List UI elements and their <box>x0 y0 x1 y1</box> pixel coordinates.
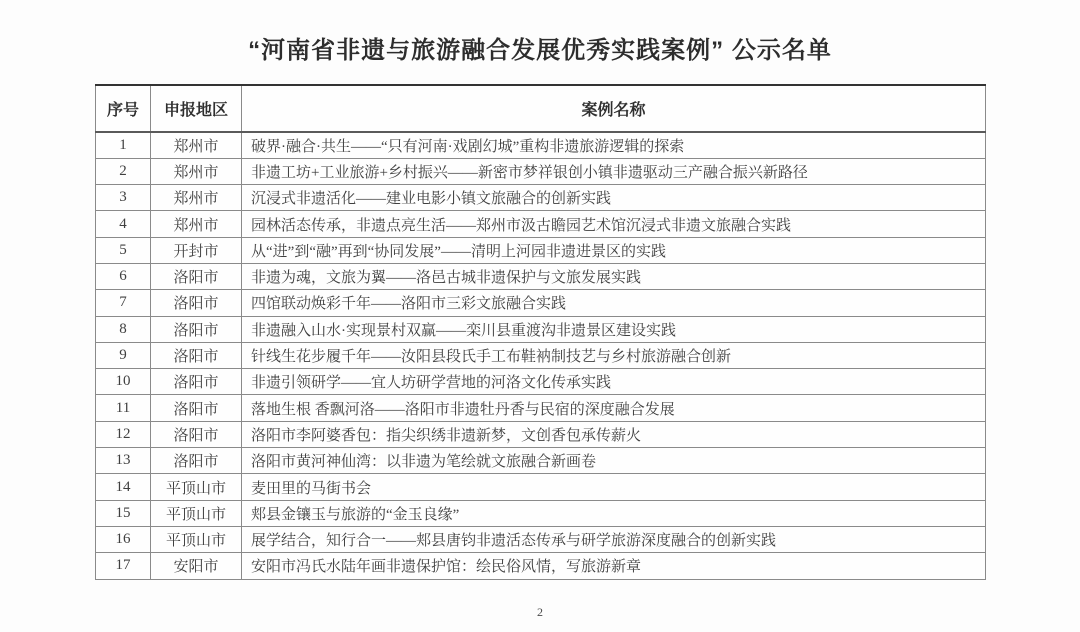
region: 郑州市 <box>151 132 242 158</box>
region: 安阳市 <box>151 553 242 579</box>
region: 郑州市 <box>151 158 242 184</box>
region: 平顶山市 <box>151 474 242 500</box>
region: 洛阳市 <box>151 448 242 474</box>
case-name: 安阳市冯氏水陆年画非遗保护馆：绘民俗风情，写旅游新章 <box>242 553 986 579</box>
serial-number: 3 <box>96 185 151 211</box>
table-header-row: 序号 申报地区 案例名称 <box>96 85 986 132</box>
case-name: 洛阳市黄河神仙湾：以非遗为笔绘就文旅融合新画卷 <box>242 448 986 474</box>
serial-number: 8 <box>96 316 151 342</box>
serial-number: 6 <box>96 263 151 289</box>
serial-number: 17 <box>96 553 151 579</box>
serial-number: 4 <box>96 211 151 237</box>
serial-number: 14 <box>96 474 151 500</box>
serial-number: 16 <box>96 526 151 552</box>
serial-number: 13 <box>96 448 151 474</box>
serial-number: 10 <box>96 369 151 395</box>
case-name: 洛阳市李阿婆香包：指尖织绣非遗新梦，文创香包承传薪火 <box>242 421 986 447</box>
serial-number: 11 <box>96 395 151 421</box>
serial-number: 2 <box>96 158 151 184</box>
table-row: 2 郑州市 非遗工坊+工业旅游+乡村振兴——新密市梦祥银创小镇非遗驱动三产融合振… <box>96 158 986 184</box>
table-row: 10 洛阳市 非遗引领研学——宜人坊研学营地的河洛文化传承实践 <box>96 369 986 395</box>
case-name: 麦田里的马街书会 <box>242 474 986 500</box>
case-name: 四馆联动焕彩千年——洛阳市三彩文旅融合实践 <box>242 290 986 316</box>
serial-number: 7 <box>96 290 151 316</box>
table-row: 14 平顶山市 麦田里的马街书会 <box>96 474 986 500</box>
region: 郑州市 <box>151 185 242 211</box>
region: 洛阳市 <box>151 290 242 316</box>
region: 洛阳市 <box>151 263 242 289</box>
table-row: 4 郑州市 园林活态传承，非遗点亮生活——郑州市汲古瞻园艺术馆沉浸式非遗文旅融合… <box>96 211 986 237</box>
case-name: 落地生根 香飘河洛——洛阳市非遗牡丹香与民宿的深度融合发展 <box>242 395 986 421</box>
case-name: 非遗引领研学——宜人坊研学营地的河洛文化传承实践 <box>242 369 986 395</box>
case-name: 非遗工坊+工业旅游+乡村振兴——新密市梦祥银创小镇非遗驱动三产融合振兴新路径 <box>242 158 986 184</box>
page-number: 2 <box>0 605 1080 620</box>
table-row: 1 郑州市 破界·融合·共生——“只有河南·戏剧幻城”重构非遗旅游逻辑的探索 <box>96 132 986 158</box>
table-row: 11 洛阳市 落地生根 香飘河洛——洛阳市非遗牡丹香与民宿的深度融合发展 <box>96 395 986 421</box>
table-row: 5 开封市 从“进”到“融”再到“协同发展”——清明上河园非遗进景区的实践 <box>96 237 986 263</box>
region: 洛阳市 <box>151 316 242 342</box>
case-name: 针线生花步履千年——汝阳县段氏手工布鞋衲制技艺与乡村旅游融合创新 <box>242 342 986 368</box>
region: 开封市 <box>151 237 242 263</box>
table-row: 17 安阳市 安阳市冯氏水陆年画非遗保护馆：绘民俗风情，写旅游新章 <box>96 553 986 579</box>
region: 洛阳市 <box>151 395 242 421</box>
case-name: 郏县金镶玉与旅游的“金玉良缘” <box>242 500 986 526</box>
case-name: 破界·融合·共生——“只有河南·戏剧幻城”重构非遗旅游逻辑的探索 <box>242 132 986 158</box>
serial-number: 5 <box>96 237 151 263</box>
table-row: 3 郑州市 沉浸式非遗活化——建业电影小镇文旅融合的创新实践 <box>96 185 986 211</box>
case-name: 园林活态传承，非遗点亮生活——郑州市汲古瞻园艺术馆沉浸式非遗文旅融合实践 <box>242 211 986 237</box>
region: 洛阳市 <box>151 421 242 447</box>
case-list-table: 序号 申报地区 案例名称 1 郑州市 破界·融合·共生——“只有河南·戏剧幻城”… <box>95 84 986 580</box>
table-row: 15 平顶山市 郏县金镶玉与旅游的“金玉良缘” <box>96 500 986 526</box>
header-serial-number: 序号 <box>96 85 151 132</box>
table-row: 13 洛阳市 洛阳市黄河神仙湾：以非遗为笔绘就文旅融合新画卷 <box>96 448 986 474</box>
serial-number: 9 <box>96 342 151 368</box>
table-row: 6 洛阳市 非遗为魂，文旅为翼——洛邑古城非遗保护与文旅发展实践 <box>96 263 986 289</box>
table-row: 9 洛阳市 针线生花步履千年——汝阳县段氏手工布鞋衲制技艺与乡村旅游融合创新 <box>96 342 986 368</box>
region: 平顶山市 <box>151 526 242 552</box>
region: 郑州市 <box>151 211 242 237</box>
serial-number: 12 <box>96 421 151 447</box>
case-name: 从“进”到“融”再到“协同发展”——清明上河园非遗进景区的实践 <box>242 237 986 263</box>
case-name: 非遗融入山水·实现景村双赢——栾川县重渡沟非遗景区建设实践 <box>242 316 986 342</box>
table-row: 12 洛阳市 洛阳市李阿婆香包：指尖织绣非遗新梦，文创香包承传薪火 <box>96 421 986 447</box>
region: 洛阳市 <box>151 369 242 395</box>
case-name: 展学结合，知行合一——郏县唐钧非遗活态传承与研学旅游深度融合的创新实践 <box>242 526 986 552</box>
case-name: 非遗为魂，文旅为翼——洛邑古城非遗保护与文旅发展实践 <box>242 263 986 289</box>
table-row: 8 洛阳市 非遗融入山水·实现景村双赢——栾川县重渡沟非遗景区建设实践 <box>96 316 986 342</box>
region: 洛阳市 <box>151 342 242 368</box>
case-name: 沉浸式非遗活化——建业电影小镇文旅融合的创新实践 <box>242 185 986 211</box>
header-declaring-region: 申报地区 <box>151 85 242 132</box>
header-case-name: 案例名称 <box>242 85 986 132</box>
page-title: “河南省非遗与旅游融合发展优秀实践案例” 公示名单 <box>0 30 1080 65</box>
table-row: 16 平顶山市 展学结合，知行合一——郏县唐钧非遗活态传承与研学旅游深度融合的创… <box>96 526 986 552</box>
table-row: 7 洛阳市 四馆联动焕彩千年——洛阳市三彩文旅融合实践 <box>96 290 986 316</box>
serial-number: 1 <box>96 132 151 158</box>
region: 平顶山市 <box>151 500 242 526</box>
serial-number: 15 <box>96 500 151 526</box>
